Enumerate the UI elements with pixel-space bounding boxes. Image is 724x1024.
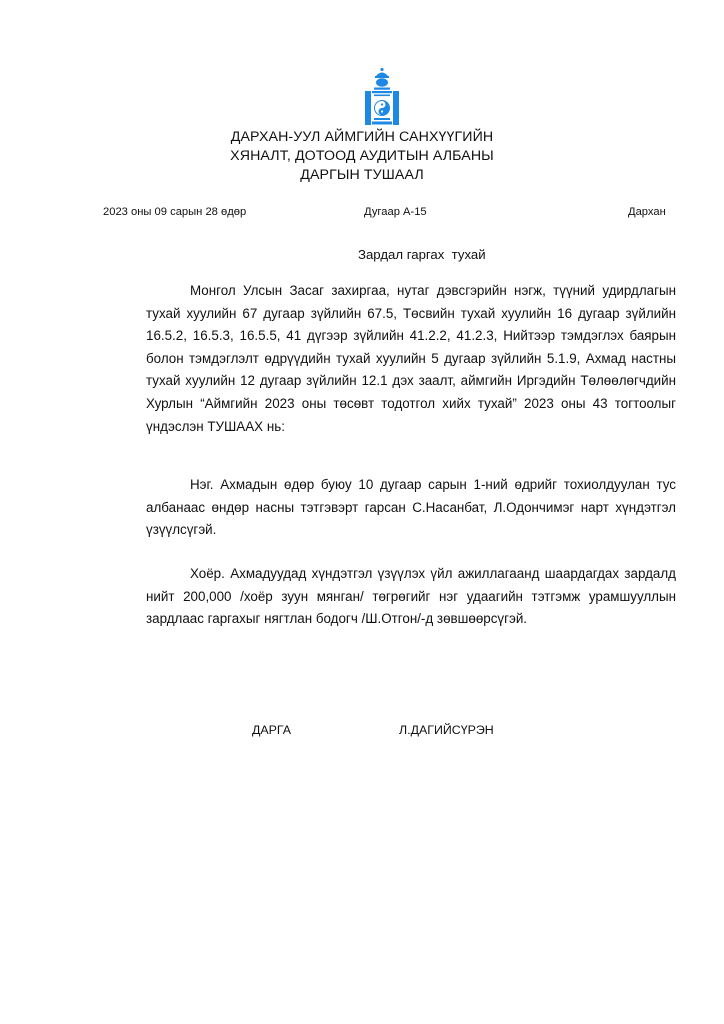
order-place: Дархан (628, 205, 666, 219)
clause-one-paragraph: Нэг. Ахмадын өдөр буюу 10 дугаар сарын 1… (146, 474, 676, 542)
header-line-order-title: ДАРГЫН ТУШААЛ (0, 166, 724, 185)
header-line-organization: ДАРХАН-УУЛ АЙМГИЙН САНХҮҮГИЙН (0, 128, 724, 147)
order-subject: Зардал гаргах тухай (358, 246, 486, 263)
order-header: ДАРХАН-УУЛ АЙМГИЙН САНХҮҮГИЙН ХЯНАЛТ, ДО… (0, 128, 724, 185)
order-number: Дугаар А-15 (364, 205, 427, 219)
signatory-title: ДАРГА (252, 722, 291, 738)
clause-two-paragraph: Хоёр. Ахмадуудад хүндэтгэл үзүүлэх үйл а… (146, 563, 676, 631)
order-date: 2023 оны 09 сарын 28 өдөр (103, 205, 246, 219)
header-line-department: ХЯНАЛТ, ДОТООД АУДИТЫН АЛБАНЫ (0, 147, 724, 166)
mongolia-state-emblem-icon (364, 68, 400, 126)
signatory-name: Л.ДАГИЙСҮРЭН (399, 722, 494, 738)
preamble-paragraph: Монгол Улсын Засаг захиргаа, нутаг дэвсг… (146, 280, 676, 438)
